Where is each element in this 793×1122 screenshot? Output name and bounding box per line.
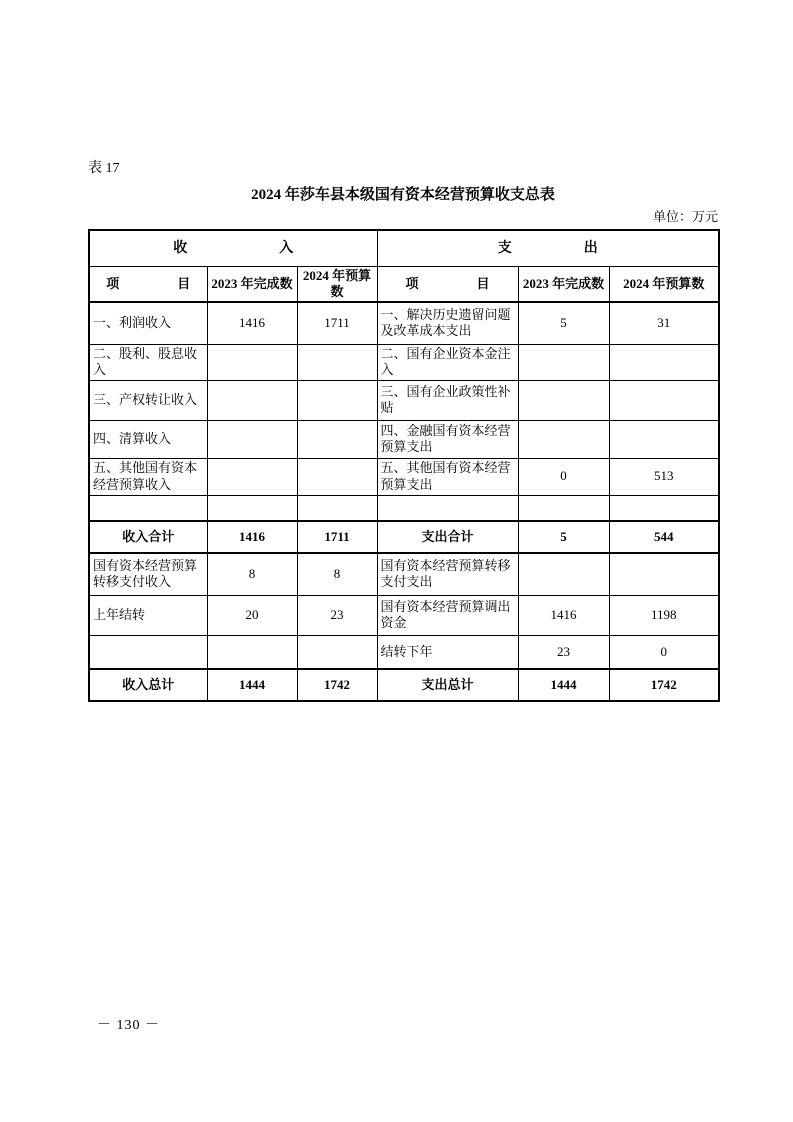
income-2023-value: 20 xyxy=(207,595,297,635)
income-2023-value: 1416 xyxy=(207,302,297,344)
expense-2023-value: 5 xyxy=(518,521,609,553)
income-2023-value: 1444 xyxy=(207,669,297,701)
income-item-cell: 二、股利、股息收入 xyxy=(89,344,207,380)
expense-2024-value xyxy=(609,495,719,521)
table-row: 五、其他国有资本经营预算收入 五、其他国有资本经营预算支出 0 513 xyxy=(89,458,719,495)
income-item-column-header: 项目 xyxy=(89,266,207,302)
page-number: － 130 － xyxy=(97,1014,160,1034)
table-row: 四、清算收入 四、金融国有资本经营预算支出 xyxy=(89,420,719,458)
document-page: 表 17 2024 年莎车县本级国有资本经营预算收支总表 单位：万元 收入 支出… xyxy=(0,0,793,1122)
expense-item-cell: 四、金融国有资本经营预算支出 xyxy=(377,420,518,458)
expense-2024-value xyxy=(609,553,719,595)
income-2024-value: 1711 xyxy=(297,521,377,553)
expense-2024-value: 0 xyxy=(609,635,719,669)
expense-2024-column-header: 2024 年预算数 xyxy=(609,266,719,302)
income-2024-value xyxy=(297,635,377,669)
expense-2024-value xyxy=(609,420,719,458)
income-item-cell: 国有资本经营预算转移支付收入 xyxy=(89,553,207,595)
income-2024-value: 1711 xyxy=(297,302,377,344)
income-item-cell: 四、清算收入 xyxy=(89,420,207,458)
income-2023-column-header: 2023 年完成数 xyxy=(207,266,297,302)
income-item-header-label: 项目 xyxy=(106,276,190,292)
expense-2024-value: 513 xyxy=(609,458,719,495)
income-item-cell: 三、产权转让收入 xyxy=(89,380,207,420)
expense-2023-value: 23 xyxy=(518,635,609,669)
income-2023-value xyxy=(207,458,297,495)
expense-section-label: 支出 xyxy=(498,240,598,258)
expense-2024-value: 1198 xyxy=(609,595,719,635)
expense-item-cell: 国有资本经营预算转移支付支出 xyxy=(377,553,518,595)
income-2023-value xyxy=(207,635,297,669)
income-2023-value xyxy=(207,380,297,420)
expense-2024-value xyxy=(609,380,719,420)
budget-table: 收入 支出 项目 2023 年完成数 2024 年预算数 项目 2023 年完成… xyxy=(88,229,720,702)
expense-2023-value: 5 xyxy=(518,302,609,344)
expense-item-cell: 五、其他国有资本经营预算支出 xyxy=(377,458,518,495)
expense-item-cell xyxy=(377,495,518,521)
table-row: 二、股利、股息收入 二、国有企业资本金注入 xyxy=(89,344,719,380)
expense-2024-value: 544 xyxy=(609,521,719,553)
expense-2023-column-header: 2023 年完成数 xyxy=(518,266,609,302)
expense-item-cell: 结转下年 xyxy=(377,635,518,669)
section-header-row: 收入 支出 xyxy=(89,230,719,266)
expense-2023-value xyxy=(518,344,609,380)
expense-subtotal-label: 支出合计 xyxy=(377,521,518,553)
income-2023-value: 8 xyxy=(207,553,297,595)
expense-item-cell: 二、国有企业资本金注入 xyxy=(377,344,518,380)
table-row: 国有资本经营预算转移支付收入 8 8 国有资本经营预算转移支付支出 xyxy=(89,553,719,595)
column-header-row: 项目 2023 年完成数 2024 年预算数 项目 2023 年完成数 2024… xyxy=(89,266,719,302)
income-2024-column-header: 2024 年预算数 xyxy=(297,266,377,302)
expense-item-header-label: 项目 xyxy=(406,276,490,292)
income-2023-value: 1416 xyxy=(207,521,297,553)
income-total-label: 收入总计 xyxy=(89,669,207,701)
table-row: 上年结转 20 23 国有资本经营预算调出资金 1416 1198 xyxy=(89,595,719,635)
income-subtotal-label: 收入合计 xyxy=(89,521,207,553)
income-2024-value: 1742 xyxy=(297,669,377,701)
expense-2023-value xyxy=(518,553,609,595)
income-2024-value xyxy=(297,458,377,495)
grand-total-row: 收入总计 1444 1742 支出总计 1444 1742 xyxy=(89,669,719,701)
table-number-label: 表 17 xyxy=(88,157,120,177)
expense-section-header: 支出 xyxy=(377,230,719,266)
expense-2023-value: 1416 xyxy=(518,595,609,635)
table-row: 结转下年 23 0 xyxy=(89,635,719,669)
expense-item-cell: 三、国有企业政策性补贴 xyxy=(377,380,518,420)
income-2024-value xyxy=(297,344,377,380)
income-2023-value xyxy=(207,420,297,458)
expense-2023-value xyxy=(518,420,609,458)
income-2023-value xyxy=(207,495,297,521)
expense-2023-value: 1444 xyxy=(518,669,609,701)
income-item-cell: 上年结转 xyxy=(89,595,207,635)
expense-2024-value: 31 xyxy=(609,302,719,344)
table-row: 一、利润收入 1416 1711 一、解决历史遗留问题及改革成本支出 5 31 xyxy=(89,302,719,344)
income-2024-value xyxy=(297,380,377,420)
income-2023-value xyxy=(207,344,297,380)
table-row xyxy=(89,495,719,521)
expense-2023-value xyxy=(518,495,609,521)
expense-2024-value xyxy=(609,344,719,380)
expense-2023-value: 0 xyxy=(518,458,609,495)
expense-2024-value: 1742 xyxy=(609,669,719,701)
income-2024-value xyxy=(297,420,377,458)
table-row: 三、产权转让收入 三、国有企业政策性补贴 xyxy=(89,380,719,420)
income-section-header: 收入 xyxy=(89,230,377,266)
unit-label: 单位：万元 xyxy=(88,206,718,225)
income-item-cell xyxy=(89,635,207,669)
income-item-cell xyxy=(89,495,207,521)
expense-2023-value xyxy=(518,380,609,420)
page-title: 2024 年莎车县本级国有资本经营预算收支总表 xyxy=(88,183,718,204)
income-item-cell: 一、利润收入 xyxy=(89,302,207,344)
income-2024-value: 8 xyxy=(297,553,377,595)
expense-total-label: 支出总计 xyxy=(377,669,518,701)
expense-item-cell: 国有资本经营预算调出资金 xyxy=(377,595,518,635)
income-2024-value: 23 xyxy=(297,595,377,635)
expense-item-column-header: 项目 xyxy=(377,266,518,302)
income-section-label: 收入 xyxy=(173,240,293,258)
income-item-cell: 五、其他国有资本经营预算收入 xyxy=(89,458,207,495)
expense-item-cell: 一、解决历史遗留问题及改革成本支出 xyxy=(377,302,518,344)
subtotal-row: 收入合计 1416 1711 支出合计 5 544 xyxy=(89,521,719,553)
income-2024-value xyxy=(297,495,377,521)
